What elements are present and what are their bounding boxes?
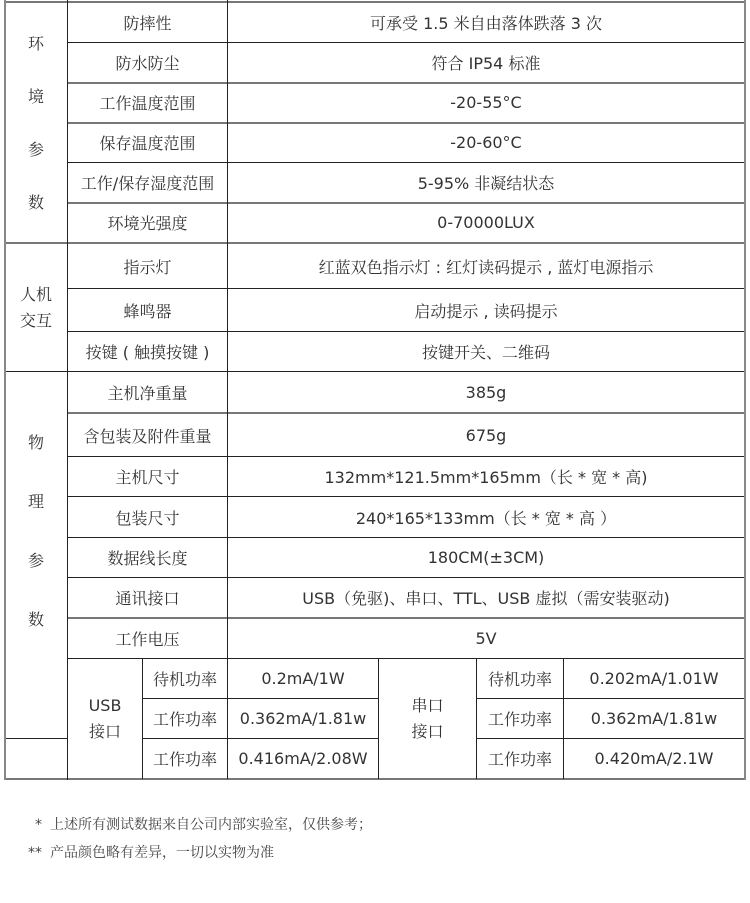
spec-value: -20-60°C <box>228 123 744 162</box>
spec-value: 180CM(±3CM) <box>228 538 744 577</box>
category-line: 交互 <box>20 308 52 334</box>
footnote-marker: * <box>0 817 50 833</box>
category-char: 理 <box>28 489 44 512</box>
category-line: 人机 <box>20 282 52 308</box>
usb-label-line: USB <box>89 693 122 719</box>
serial-label-line: 串口 <box>411 693 443 719</box>
category-char: 数 <box>28 190 44 213</box>
category-char: 物 <box>28 430 44 453</box>
spec-label: 含包装及附件重量 <box>68 414 227 456</box>
footnote: *上述所有测试数据来自公司内部实验室，仅供参考； <box>0 814 372 834</box>
power-label: 工作功率 <box>477 739 563 778</box>
spec-label: 按键 ( 触摸按键 ) <box>68 332 227 371</box>
spec-label: 主机尺寸 <box>68 457 227 496</box>
category-environment: 环 境 参 数 <box>5 2 67 242</box>
power-value: 0.420mA/2.1W <box>564 739 744 778</box>
usb-label-line: 接口 <box>89 719 121 745</box>
power-value: 0.362mA/1.81w <box>228 699 378 738</box>
footnote-text: 产品颜色略有差异，一切以实物为准 <box>50 845 274 861</box>
spec-label: 工作/保存湿度范围 <box>68 163 227 202</box>
power-value: 0.2mA/1W <box>228 659 378 698</box>
power-label: 工作功率 <box>143 699 227 738</box>
spec-label: 环境光强度 <box>68 203 227 242</box>
spec-table: 环 境 参 数 防摔性 可承受 1.5 米自由落体跌落 3 次 防水防尘 符合 … <box>0 0 750 790</box>
row-divider <box>4 738 67 739</box>
spec-label: 工作电压 <box>68 619 227 658</box>
spec-value: 132mm*121.5mm*165mm（长 * 宽 * 高) <box>228 457 744 496</box>
category-char: 参 <box>28 137 44 160</box>
footnote-text: 上述所有测试数据来自公司内部实验室，仅供参考； <box>50 817 372 833</box>
spec-value: 启动提示 , 读码提示 <box>228 289 744 331</box>
power-value: 0.362mA/1.81w <box>564 699 744 738</box>
spec-label: 工作温度范围 <box>68 83 227 122</box>
category-physical: 物 理 参 数 <box>5 372 67 738</box>
spec-value: 可承受 1.5 米自由落体跌落 3 次 <box>228 2 744 42</box>
spec-label: 数据线长度 <box>68 538 227 577</box>
footnote: **产品颜色略有差异，一切以实物为准 <box>0 842 274 862</box>
spec-label: 指示灯 <box>68 244 227 288</box>
spec-value: USB（免驱)、串口、TTL、USB 虚拟（需安装驱动) <box>228 578 744 617</box>
power-label: 待机功率 <box>143 659 227 698</box>
spec-value: 按键开关、二维码 <box>228 332 744 371</box>
category-char: 数 <box>28 607 44 630</box>
category-char: 环 <box>28 31 44 54</box>
serial-label-line: 接口 <box>411 719 443 745</box>
spec-value: 0-70000LUX <box>228 203 744 242</box>
table-bottom-border <box>4 778 746 780</box>
category-human-machine: 人机 交互 <box>5 244 67 371</box>
power-label: 工作功率 <box>477 699 563 738</box>
spec-value: 符合 IP54 标准 <box>228 43 744 82</box>
footnote-marker: ** <box>0 845 50 861</box>
power-value: 0.202mA/1.01W <box>564 659 744 698</box>
spec-label: 主机净重量 <box>68 372 227 412</box>
power-value: 0.416mA/2.08W <box>228 739 378 778</box>
spec-value: 5V <box>228 619 744 658</box>
spec-label: 包装尺寸 <box>68 497 227 537</box>
spec-value: -20-55°C <box>228 83 744 122</box>
spec-value: 红蓝双色指示灯 : 红灯读码提示 , 蓝灯电源指示 <box>228 244 744 288</box>
spec-label: 防水防尘 <box>68 43 227 82</box>
category-char: 境 <box>28 84 44 107</box>
spec-value: 240*165*133mm（长 * 宽 * 高 ） <box>228 497 744 537</box>
serial-interface-label: 串口 接口 <box>379 659 476 778</box>
power-label: 待机功率 <box>477 659 563 698</box>
spec-label: 蜂鸣器 <box>68 289 227 331</box>
table-right-border <box>744 0 746 780</box>
usb-interface-label: USB 接口 <box>68 659 142 778</box>
spec-value: 385g <box>228 372 744 412</box>
spec-value: 5-95% 非凝结状态 <box>228 163 744 202</box>
spec-label: 保存温度范围 <box>68 123 227 162</box>
spec-label: 通讯接口 <box>68 578 227 617</box>
category-char: 参 <box>28 548 44 571</box>
spec-value: 675g <box>228 414 744 456</box>
spec-label: 防摔性 <box>68 2 227 42</box>
power-label: 工作功率 <box>143 739 227 778</box>
